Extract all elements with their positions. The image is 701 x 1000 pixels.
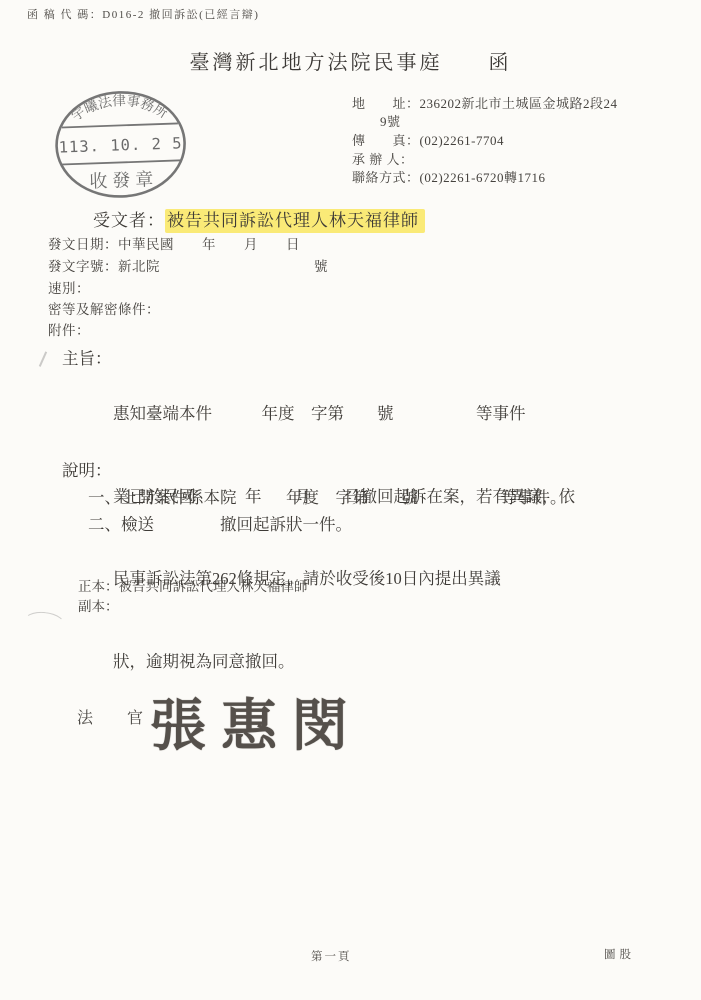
judge-signature-stamp: 張惠閔 bbox=[150, 682, 363, 762]
explanation-label: 說明： bbox=[62, 457, 112, 481]
stamp-divider-top bbox=[62, 123, 178, 127]
page-number: 第一頁 bbox=[311, 948, 352, 964]
receipt-stamp: 宇曦法律事務所 113. 10. 2 5 收發章 bbox=[32, 68, 176, 189]
subject-line: 惠知臺端本件 年度 字第 號 等事件 bbox=[113, 400, 575, 428]
pen-arc-mark bbox=[21, 610, 67, 640]
stamp-office-arc: 宇曦法律事務所 bbox=[68, 90, 171, 124]
stamp-office-text: 宇曦法律事務所 bbox=[68, 90, 171, 124]
stamp-date: 113. 10. 2 5 bbox=[58, 134, 183, 156]
subject-label: 主旨： bbox=[62, 345, 113, 730]
subject-line: 狀，逾期視為同意撤回。 bbox=[113, 648, 575, 676]
judge-title: 法 官 bbox=[77, 705, 152, 728]
attachment-line: 附件： bbox=[48, 319, 90, 339]
issue-number-line: 發文字號：新北院 號 bbox=[48, 255, 328, 275]
stamp-divider-bottom bbox=[61, 160, 181, 164]
pen-tick-mark bbox=[39, 351, 47, 366]
scanned-court-letter: 函 稿 代 碼：D016-2 撤回訴訟(已經言辯) 臺灣新北地方法院民事庭 函 … bbox=[0, 0, 701, 1000]
recipient-name-highlighted: 被告共同訴訟代理人林天福律師 bbox=[165, 209, 425, 233]
draft-code-line: 函 稿 代 碼：D016-2 撤回訴訟(已經言辯) bbox=[27, 6, 259, 22]
contact-phone: 聯絡方式：(02)2261-6720轉1716 bbox=[352, 167, 546, 186]
subject-body: 惠知臺端本件 年度 字第 號 等事件 業已於民國 年 月 日撤回起訴在案，若有異… bbox=[113, 345, 575, 730]
priority-line: 速別： bbox=[48, 277, 90, 297]
explanation-item-2: 二、檢送 撤回起訴狀一件。 bbox=[88, 511, 352, 535]
case-division: 圖股 bbox=[604, 946, 635, 962]
duplicate-copy-line: 副本： bbox=[78, 595, 119, 615]
classification-line: 密等及解密條件： bbox=[48, 298, 160, 318]
original-copy-line: 正本：被告共同訴訟代理人林天福律師 bbox=[78, 575, 308, 595]
contact-address-line1: 地 址：236202新北市土城區金城路2段24 bbox=[352, 93, 618, 112]
contact-address-line2: 9號 bbox=[380, 111, 401, 130]
issue-date-line: 發文日期：中華民國 年 月 日 bbox=[48, 233, 300, 253]
contact-fax: 傳 真：(02)2261-7704 bbox=[352, 130, 504, 149]
subject-block: 主旨： 惠知臺端本件 年度 字第 號 等事件 業已於民國 年 月 日撤回起訴在案… bbox=[62, 345, 575, 730]
recipient-label: 受文者： bbox=[93, 211, 165, 230]
explanation-item-1: 一、上開案件係本院 年度 字第 號 等事件。 bbox=[88, 484, 567, 508]
contact-officer: 承 辦 人： bbox=[352, 149, 414, 168]
